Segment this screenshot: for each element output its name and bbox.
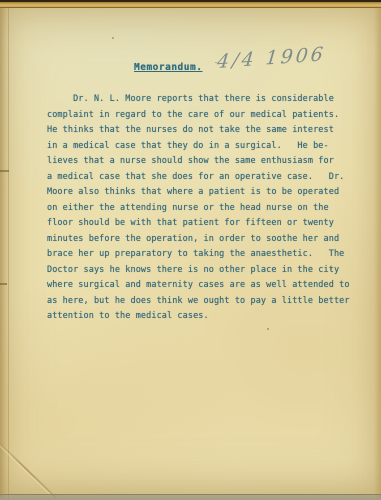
memo-line: minutes before the operation, in order t… — [47, 232, 362, 248]
memo-line: Moore also thinks that where a patient i… — [47, 185, 362, 201]
memo-line: Doctor says he knows there is no other p… — [47, 263, 362, 279]
memo-line: He thinks that the nurses do not take th… — [47, 123, 362, 139]
memo-body: Dr. N. L. Moore reports that there is co… — [47, 92, 362, 325]
memo-line: complaint in regard to the care of our m… — [47, 108, 362, 124]
paper-tear-mark — [0, 283, 7, 285]
paper-right-edge — [374, 0, 381, 500]
paper-tear-mark — [0, 170, 9, 172]
paper-speck — [267, 328, 269, 330]
memo-line: lieves that a nurse should show the same… — [47, 154, 362, 170]
memo-line: attention to the medical cases. — [47, 309, 362, 325]
memo-line: on either the attending nurse or the hea… — [47, 201, 362, 217]
photo-bottom-border — [0, 494, 381, 500]
paper-speck — [112, 37, 114, 39]
paper-left-edge — [0, 0, 9, 500]
memo-line: Dr. N. L. Moore reports that there is co… — [47, 92, 362, 108]
memo-line: as here, but he does think we ought to p… — [47, 294, 362, 310]
page-top-edge — [0, 2, 381, 8]
memorandum-page: Memorandum. 4/4 1906 Dr. N. L. Moore rep… — [0, 0, 381, 500]
memo-title: Memorandum. — [134, 62, 202, 73]
memo-line: brace her up preparatory to taking the a… — [47, 247, 362, 263]
memo-line: a medical case that she does for an oper… — [47, 170, 362, 186]
memo-line: where surgical and maternity cases are a… — [47, 278, 362, 294]
memo-line: floor should be with that patient for fi… — [47, 216, 362, 232]
memo-line: in a medical case that they do in a surg… — [47, 139, 362, 155]
